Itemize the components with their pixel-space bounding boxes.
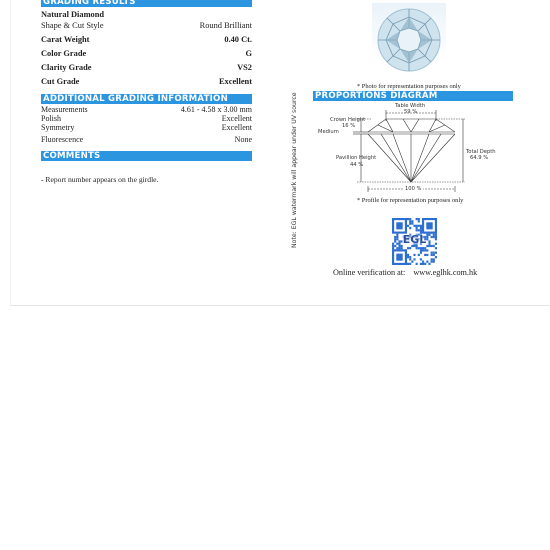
comment-text: - Report number appears on the girdle. (41, 175, 252, 185)
row-label: Shape & Cut Style (41, 21, 104, 31)
row-label: Fluorescence (41, 135, 83, 145)
grading-row: Clarity GradeVS2 (41, 63, 252, 73)
row-value: Excellent (219, 77, 252, 87)
grading-row: Color GradeG (41, 49, 252, 59)
natural-diamond-title: Natural Diamond (41, 10, 252, 20)
grading-results-header: GRADING RESULTS (41, 0, 252, 7)
row-label: Carat Weight (41, 35, 89, 45)
row-value: G (245, 49, 252, 59)
crown-height-value: 16 % (342, 123, 355, 129)
pavilion-height-label: Pavillion Height (336, 155, 376, 161)
table-width-value: 59 % (404, 109, 417, 115)
proportions-diagram: Table Width 59 % Crown Height 16 % Mediu… (313, 103, 513, 198)
comments-header: COMMENTS (41, 151, 252, 161)
row-label: Color Grade (41, 49, 86, 59)
diamond-top-icon (372, 3, 446, 75)
girdle-label: Medium (318, 129, 339, 135)
grading-row: Shape & Cut StyleRound Brilliant (41, 21, 252, 31)
row-label: Symmetry (41, 123, 74, 133)
egl-logo: EGL (392, 233, 437, 246)
verification-qr-code[interactable]: EGL (392, 218, 437, 265)
row-value: Round Brilliant (200, 21, 252, 31)
profile-caption: * Profile for representation purposes on… (357, 197, 463, 204)
row-label: Cut Grade (41, 77, 79, 87)
grading-row: Carat Weight0.40 Ct. (41, 35, 252, 45)
row-value: None (235, 135, 252, 145)
diamond-photo (372, 3, 446, 75)
row-value: VS2 (237, 63, 252, 73)
grading-row: Cut GradeExcellent (41, 77, 252, 87)
row-value: 0.40 Ct. (224, 35, 252, 45)
additional-grading-header: ADDITIONAL GRADING INFORMATION (41, 94, 252, 104)
additional-row: FluorescenceNone (41, 135, 252, 145)
comment-line: - Report number appears on the girdle. (41, 175, 158, 185)
total-depth-value: 64.9 % (470, 155, 488, 161)
row-value: Excellent (222, 123, 252, 133)
additional-row: SymmetryExcellent (41, 123, 252, 133)
verification-label: Online verification at: (333, 268, 405, 277)
uv-watermark-note: Note: EGL watermark will appear under UV… (291, 92, 298, 248)
verification-url[interactable]: www.eglhk.com.hk (413, 268, 477, 277)
diameter-value: 100 % (403, 186, 423, 192)
photo-caption: * Photo for representation purposes only (357, 83, 461, 90)
row-label: Clarity Grade (41, 63, 91, 73)
online-verification: Online verification at: www.eglhk.com.hk (333, 268, 483, 277)
title-text: Natural Diamond (41, 10, 104, 20)
proportions-diagram-header: PROPORTIONS DIAGRAM (313, 91, 513, 101)
pavilion-height-value: 44 % (350, 162, 363, 168)
